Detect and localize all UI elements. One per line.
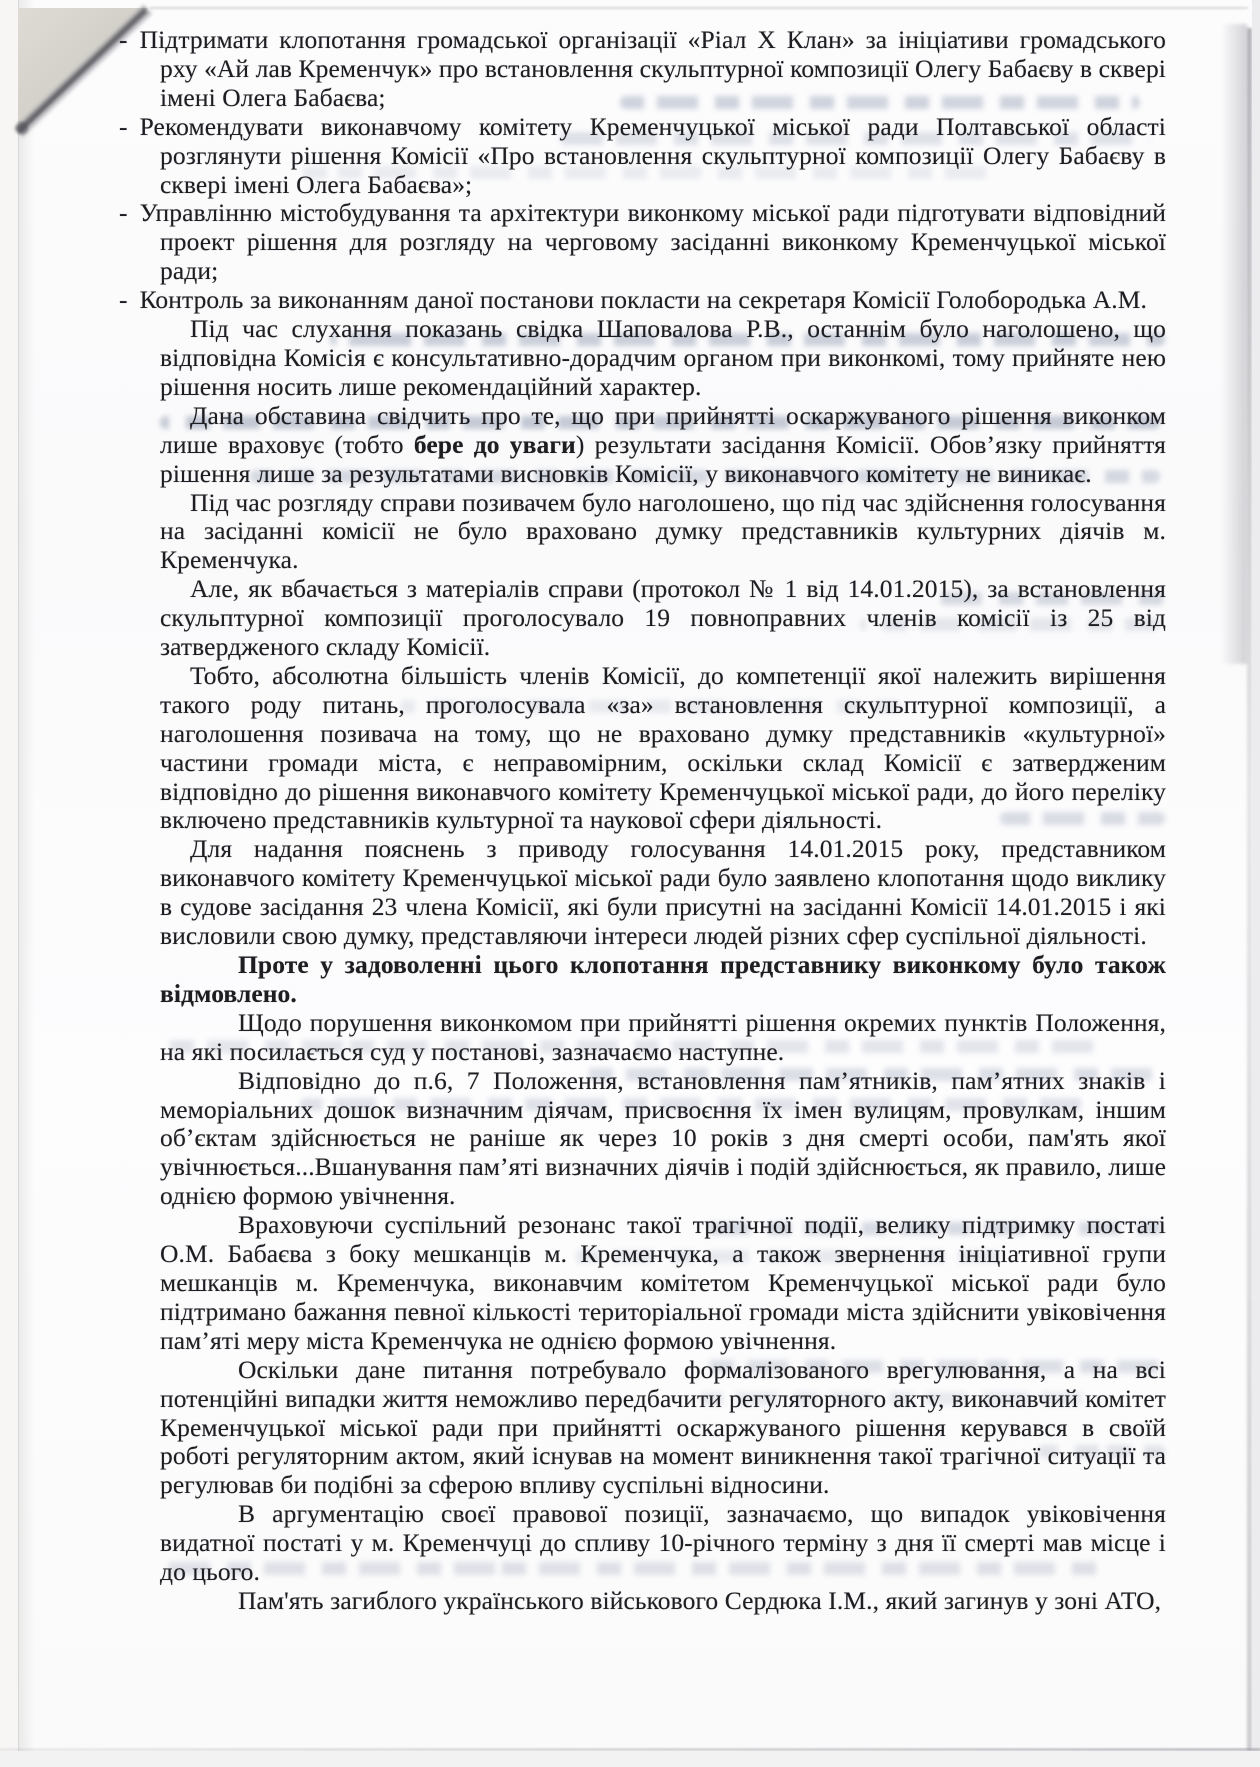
bold-emphasis: бере до уваги <box>414 430 576 459</box>
paragraph: Щодо порушення виконкомом при прийнятті … <box>160 1009 1166 1067</box>
bullet-marker: - <box>119 198 140 227</box>
paragraph: Тобто, абсолютна більшість членів Комісі… <box>160 662 1166 835</box>
bullet-marker: - <box>119 112 140 141</box>
scanned-document-page: -Підтримати клопотання громадської орган… <box>0 0 1260 1767</box>
paragraph-bold: Проте у задоволенні цього клопотання пре… <box>160 951 1166 1009</box>
scan-left-shadow <box>19 0 35 1767</box>
resolution-item-text: Підтримати клопотання громадської органі… <box>140 25 1166 112</box>
resolution-item-text: Рекомендувати виконавчому комітету Креме… <box>140 112 1166 199</box>
resolution-item: -Контроль за виконанням даної постанови … <box>160 286 1166 315</box>
resolution-item: -Рекомендувати виконавчому комітету Крем… <box>160 113 1166 200</box>
paragraph: Для надання пояснень з приводу голосуван… <box>160 835 1166 951</box>
scan-top-edge-line <box>150 7 1248 9</box>
scan-left-edge <box>0 0 19 1767</box>
bullet-marker: - <box>119 25 140 54</box>
paragraph: Дана обставина свідчить про те, що при п… <box>160 402 1166 489</box>
paragraph: Оскільки дане питання потребувало формал… <box>160 1356 1166 1501</box>
resolution-item: -Підтримати клопотання громадської орган… <box>160 26 1166 113</box>
scan-right-shadow <box>1221 24 1247 664</box>
paragraph: Враховуючи суспільний резонанс такої тра… <box>160 1211 1166 1356</box>
scan-bottom-margin <box>0 1751 1260 1767</box>
document-text: -Підтримати клопотання громадської орган… <box>160 26 1166 1616</box>
resolution-item-text: Управлінню містобудування та архітектури… <box>140 198 1166 285</box>
paragraph: Під час розгляду справи позивачем було н… <box>160 489 1166 576</box>
bullet-marker: - <box>119 285 140 314</box>
resolution-item-text: Контроль за виконанням даної постанови п… <box>140 285 1147 314</box>
paragraph: Але, як вбачається з матеріалів справи (… <box>160 575 1166 662</box>
paragraph: В аргументацію своєї правової позиції, з… <box>160 1500 1166 1587</box>
paragraph: Відповідно до п.6, 7 Положення, встановл… <box>160 1067 1166 1212</box>
scan-right-margin <box>1252 0 1260 1767</box>
paragraph: Під час слухання показань свідка Шаповал… <box>160 315 1166 402</box>
resolution-item: -Управлінню містобудування та архітектур… <box>160 199 1166 286</box>
paragraph: Пам'ять загиблого українського військово… <box>160 1587 1166 1616</box>
